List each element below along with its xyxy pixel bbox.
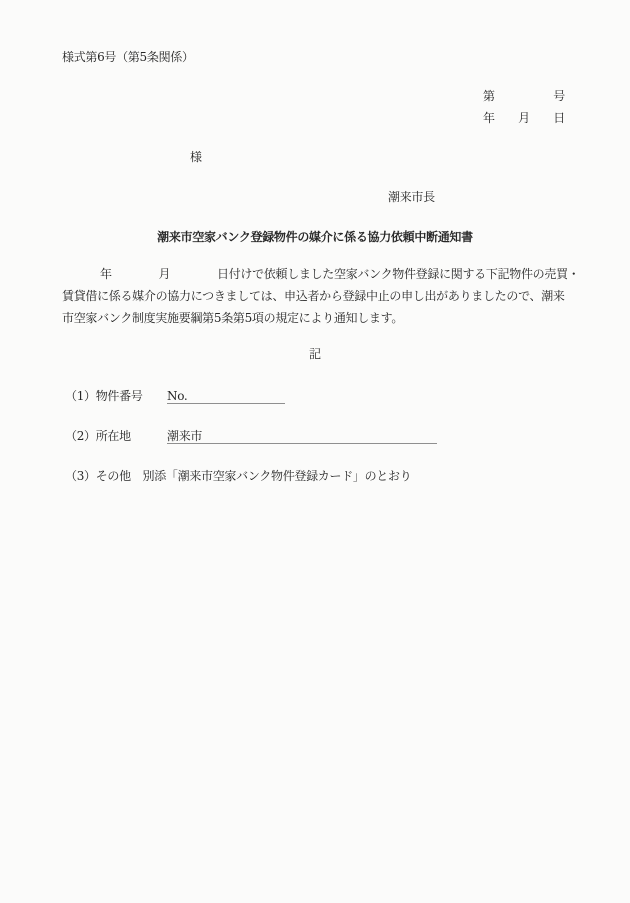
document-number-line: 第 号 xyxy=(483,89,565,104)
sender-title: 潮来市長 xyxy=(388,190,435,205)
recipient-honorific: 様 xyxy=(190,150,202,165)
body-line-3: 市空家バンク制度実施要綱第5条第5項の規定により通知します。 xyxy=(62,311,403,326)
form-number: 様式第6号（第5条関係） xyxy=(62,50,194,65)
property-number-field: No. xyxy=(167,389,285,404)
record-marker: 記 xyxy=(0,347,630,362)
body-line-2: 賃貸借に係る媒介の協力につきましては、申込者から登録中止の申し出がありましたので… xyxy=(62,289,565,304)
item-property-number-label: （1）物件番号 xyxy=(65,389,143,404)
location-field: 潮来市 xyxy=(167,429,437,444)
body-line-1: 年 月 日付けで依頼しました空家バンク物件登録に関する下記物件の売買・ xyxy=(100,267,579,282)
date-line: 年 月 日 xyxy=(483,111,565,126)
document-title: 潮来市空家バンク登録物件の媒介に係る協力依頼中断通知書 xyxy=(0,230,630,245)
item-other-label: （3）その他 別添「潮来市空家バンク物件登録カード」のとおり xyxy=(65,469,411,484)
document-page: 様式第6号（第5条関係） 第 号 年 月 日 様 潮来市長 潮来市空家バンク登録… xyxy=(0,0,630,903)
item-location-label: （2）所在地 xyxy=(65,429,131,444)
